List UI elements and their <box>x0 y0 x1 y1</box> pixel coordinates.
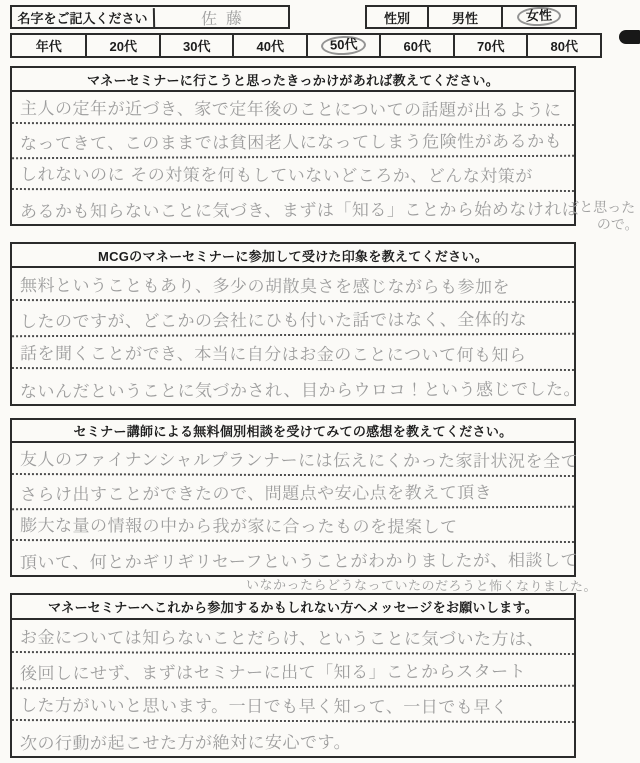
question-1-margin-note: と思った ので。 <box>579 198 639 233</box>
age-option-60s: 60代 <box>379 35 453 56</box>
question-2-title: MCGのマネーセミナーに参加して受けた印象を教えてください。 <box>12 244 574 268</box>
question-2-answer-line-3: 話を聞くことができ、本当に自分はお金のことについて何も知ら <box>12 335 574 371</box>
gender-option-male: 男性 <box>427 7 501 27</box>
scan-artifact <box>619 30 640 44</box>
name-label: 名字をご記入ください <box>12 7 153 27</box>
age-option-70s: 70代 <box>453 35 527 56</box>
question-section-4: マネーセミナーへこれから参加するかもしれない方へメッセージをお願いします。 お金… <box>10 593 576 758</box>
age-option-30s: 30代 <box>159 35 233 56</box>
age-option-80s: 80代 <box>526 35 600 56</box>
gender-option-male-label: 男性 <box>452 8 478 27</box>
question-3-answer-line-3: 膨大な量の情報の中から我が家に合ったものを提案して <box>12 508 574 543</box>
question-3-title: セミナー講師による無料個別相談を受けてみての感想を教えてください。 <box>12 420 574 443</box>
survey-form-scan: 名字をご記入ください 佐藤 性別 男性 女性 年代 20代 30代 40代 50… <box>0 0 640 763</box>
question-4-title: マネーセミナーへこれから参加するかもしれない方へメッセージをお願いします。 <box>12 595 574 620</box>
question-section-3: セミナー講師による無料個別相談を受けてみての感想を教えてください。 友人のファイ… <box>10 418 576 577</box>
question-1-answer-line-2: なってきて、このままでは貧困老人になってしまう危険性があるかも <box>12 124 574 159</box>
name-table: 名字をご記入ください 佐藤 <box>10 5 290 29</box>
age-option-20s: 20代 <box>85 35 159 56</box>
question-4-answer-line-3: した方がいいと思います。一日でも早く知って、一日でも早く <box>12 687 574 723</box>
question-1-answer-line-4: あるかも知らないことに気づき、まずは「知る」ことから始めなければ <box>12 190 574 225</box>
margin-note-line-1: と思った <box>579 198 639 216</box>
gender-table: 性別 男性 女性 <box>365 5 577 29</box>
question-4-answer-line-2: 後回しにせず、まずはセミナーに出て「知る」ことからスタート <box>12 653 574 689</box>
gender-label: 性別 <box>367 7 427 27</box>
question-2-answer-line-2: したのですが、どこかの会社にひも付いた話ではなく、全体的な <box>12 301 574 337</box>
age-label: 年代 <box>12 35 85 56</box>
name-handwritten-value: 佐藤 <box>153 6 288 28</box>
question-section-1: マネーセミナーに行こうと思ったきっかけがあれば教えてください。 主人の定年が近づ… <box>10 66 576 226</box>
question-4-answer-line-4: 次の行動が起こせた方が絶対に安心です。 <box>12 721 574 757</box>
question-1-answer-line-3: しれないのに その対策を何もしていないどころか、どんな対策が <box>12 157 574 192</box>
gender-option-female: 女性 <box>501 7 575 27</box>
question-2-answer-line-1: 無料ということもあり、多少の胡散臭さを感じながらも参加を <box>12 267 574 303</box>
question-4-answer-line-1: お金については知らないことだらけ、ということに気づいた方は、 <box>12 619 574 655</box>
question-3-answer-line-2: さらけ出すことができたので、問題点や安心点を教えて頂き <box>12 475 574 510</box>
question-3-answer-line-4: 頂いて、何とかギリギリセーフということがわかりましたが、相談して <box>12 541 574 576</box>
age-option-50s: 50代 <box>306 35 380 56</box>
gender-selected-circle: 女性 <box>517 7 562 28</box>
age-option-40s: 40代 <box>232 35 306 56</box>
age-table: 年代 20代 30代 40代 50代 60代 70代 80代 <box>10 33 602 58</box>
margin-note-line-2: ので。 <box>579 215 639 233</box>
question-section-2: MCGのマネーセミナーに参加して受けた印象を教えてください。 無料ということもあ… <box>10 242 576 406</box>
question-1-title: マネーセミナーに行こうと思ったきっかけがあれば教えてください。 <box>12 68 574 92</box>
age-selected-circle: 50代 <box>321 35 367 56</box>
question-3-overflow-note: いなかったらどうなっていたのだろうと怖くなりました。 <box>246 574 597 595</box>
question-3-answer-line-1: 友人のファイナンシャルプランナーには伝えにくかった家計状況を全て <box>12 442 574 477</box>
question-1-answer-line-1: 主人の定年が近づき、家で定年後のことについての話題が出るように <box>12 91 574 126</box>
question-2-answer-line-4: ないんだということに気づかされ、目からウロコ！という感じでした。 <box>12 369 574 405</box>
